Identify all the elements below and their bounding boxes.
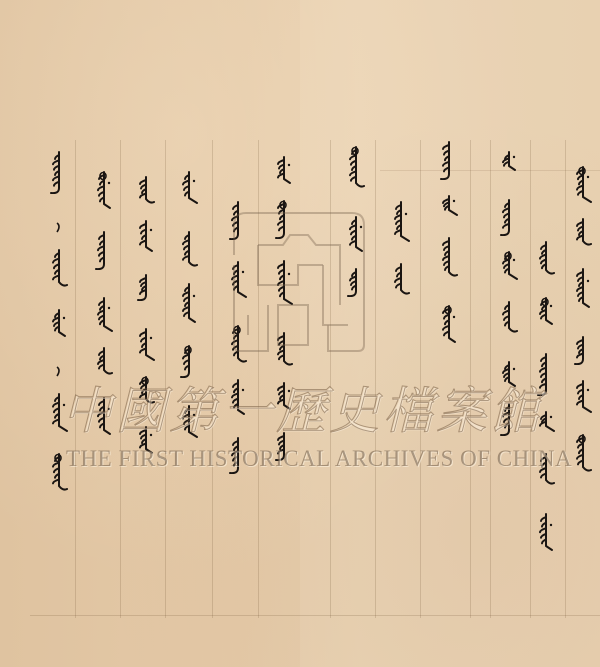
manchu-word [497, 250, 519, 280]
vertical-ruled-line [565, 140, 566, 618]
manchu-word [134, 273, 156, 301]
archives-seal-icon [228, 205, 370, 355]
watermark-char: 案 [437, 371, 489, 443]
manchu-word [47, 248, 69, 288]
manchu-word [47, 308, 69, 338]
manchu-word [497, 150, 519, 172]
text-column [436, 140, 460, 358]
manchu-word [344, 145, 366, 189]
watermark-char: 檔 [383, 371, 435, 443]
manchu-word [389, 200, 411, 242]
manchu-word [571, 379, 593, 413]
manchu-word [437, 304, 459, 344]
watermark-char: 一 [223, 371, 275, 443]
manchu-word [571, 165, 593, 203]
manchu-word [177, 170, 199, 204]
watermark-char: 史 [330, 371, 382, 443]
manchu-word [177, 230, 199, 268]
manchu-word [571, 335, 593, 365]
manchu-word [389, 262, 411, 296]
manchu-word [571, 267, 593, 309]
manchu-word [92, 170, 114, 210]
watermark-char: 館 [490, 371, 542, 443]
watermark-chinese-text: 中 國 第 一 歷 史 檔 案 館 [62, 372, 542, 442]
watermark-char: 中 [62, 371, 114, 443]
text-column [388, 200, 412, 322]
manchu-word [134, 219, 156, 253]
manchu-word [92, 296, 114, 332]
manchu-word [437, 236, 459, 278]
watermark-char: 歷 [276, 371, 328, 443]
manchu-word [534, 296, 556, 326]
watermark-char: 第 [169, 371, 221, 443]
watermark-english-text: THE FIRST HISTORICAL ARCHIVES OF CHINA [66, 446, 538, 472]
manchu-word [134, 327, 156, 361]
manchu-word [437, 140, 459, 180]
bottom-ruled-line [30, 615, 600, 616]
manchu-word [47, 220, 69, 234]
manchu-word [534, 512, 556, 552]
text-column [570, 165, 594, 499]
manchu-word [92, 230, 114, 270]
manchu-word [47, 150, 69, 194]
watermark-char: 國 [116, 371, 168, 443]
top-ruled-line [380, 170, 600, 171]
manchu-word [571, 433, 593, 473]
manchu-word [497, 198, 519, 236]
manchu-word [497, 300, 519, 334]
manchu-word [134, 175, 156, 205]
manchu-word [534, 240, 556, 276]
manchu-word [177, 282, 199, 324]
manchu-word [571, 217, 593, 247]
manchu-word [437, 194, 459, 216]
manchu-word [272, 155, 294, 185]
